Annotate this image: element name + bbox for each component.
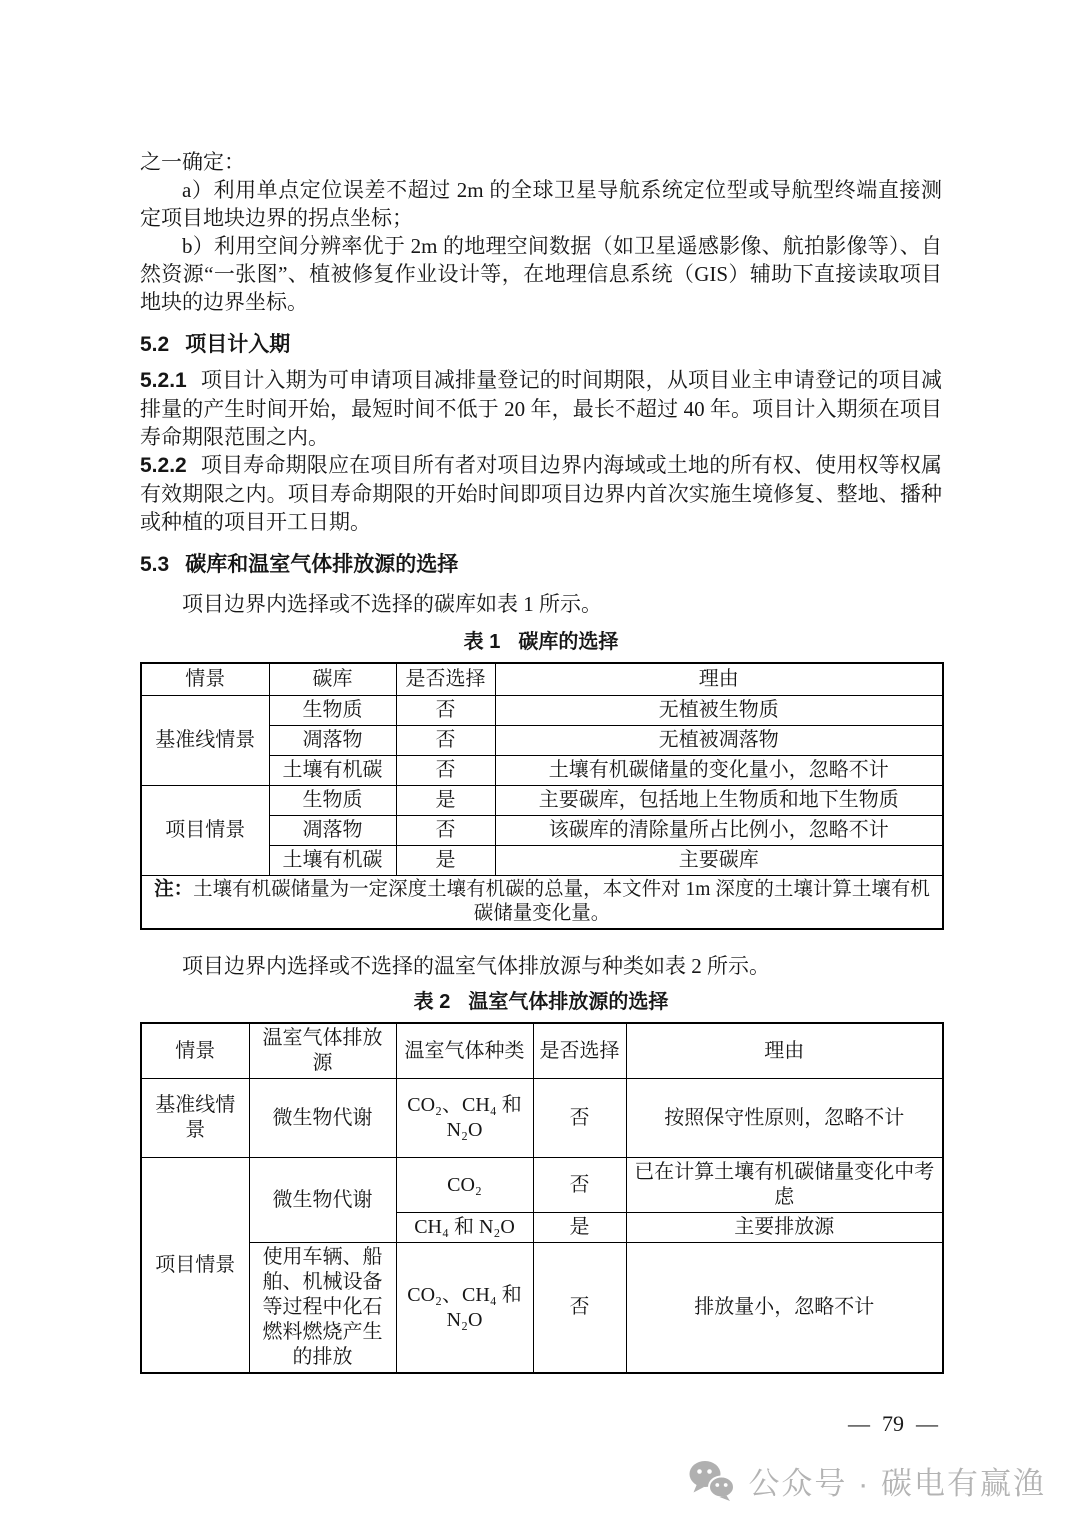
table-header-row: 情景 碳库 是否选择 理由 xyxy=(141,663,943,695)
header-cell-gas-type: 温室气体种类 xyxy=(396,1023,533,1079)
reason-cell: 按照保守性原则，忽略不计 xyxy=(626,1079,943,1158)
table-2-intro-paragraph: 项目边界内选择或不选择的温室气体排放源与种类如表 2 所示。 xyxy=(140,952,942,980)
reason-cell: 无植被生物质 xyxy=(495,695,943,725)
selected-cell: 是 xyxy=(396,785,495,815)
selected-cell: 否 xyxy=(533,1158,626,1213)
table-row: 使用车辆、船舶、机械设备等过程中化石燃料燃烧产生的排放 CO₂、CH₄ 和 N₂… xyxy=(141,1243,943,1374)
selected-cell: 否 xyxy=(396,695,495,725)
table-row: 基准线情景 生物质 否 无植被生物质 xyxy=(141,695,943,725)
page-number: 79 xyxy=(882,1412,904,1436)
table-1-carbon-pool-selection: 情景 碳库 是否选择 理由 基准线情景 生物质 否 无植被生物质 凋落物 否 无… xyxy=(140,662,944,930)
table-2-caption: 表 2温室气体排放源的选择 xyxy=(140,988,942,1016)
table-2-ghg-source-selection: 情景 温室气体排放源 温室气体种类 是否选择 理由 基准线情景 微生物代谢 CO… xyxy=(140,1022,944,1374)
section-heading-5-2: 5.2项目计入期 xyxy=(140,330,942,360)
pool-cell: 凋落物 xyxy=(269,815,396,845)
reason-cell: 该碳库的清除量所占比例小，忽略不计 xyxy=(495,815,943,845)
source-cell: 微生物代谢 xyxy=(249,1158,396,1243)
table-header-row: 情景 温室气体排放源 温室气体种类 是否选择 理由 xyxy=(141,1023,943,1079)
list-item-b: b）利用空间分辨率优于 2m 的地理空间数据（如卫星遥感影像、航拍影像等）、自然… xyxy=(140,232,942,316)
document-page: 之一确定： a）利用单点定位误差不超过 2m 的全球卫星导航系统定位型或导航型终… xyxy=(0,0,1080,1528)
reason-cell: 主要碳库 xyxy=(495,845,943,875)
section-heading-5-3: 5.3碳库和温室气体排放源的选择 xyxy=(140,550,942,580)
selected-cell: 否 xyxy=(396,725,495,755)
page-footer: — 79 — xyxy=(848,1412,938,1436)
wechat-icon xyxy=(688,1459,736,1503)
pool-cell: 生物质 xyxy=(269,695,396,725)
reason-cell: 排放量小，忽略不计 xyxy=(626,1243,943,1374)
selected-cell: 否 xyxy=(533,1079,626,1158)
table-row: 基准线情景 微生物代谢 CO₂、CH₄ 和 N₂O 否 按照保守性原则，忽略不计 xyxy=(141,1079,943,1158)
header-cell-selected: 是否选择 xyxy=(533,1023,626,1079)
table-row: 项目情景 生物质 是 主要碳库，包括地上生物质和地下生物质 xyxy=(141,785,943,815)
note-cell: 注：土壤有机碳储量为一定深度土壤有机碳的总量，本文件对 1m 深度的土壤计算土壤… xyxy=(141,875,943,929)
selected-cell: 否 xyxy=(396,815,495,845)
header-cell-source: 温室气体排放源 xyxy=(249,1023,396,1079)
selected-cell: 否 xyxy=(533,1243,626,1374)
wechat-watermark: 公众号 · 碳电有赢渔 xyxy=(688,1458,1046,1503)
watermark-text: 公众号 · 碳电有赢渔 xyxy=(748,1458,1046,1503)
clause-text: 项目寿命期限应在项目所有者对项目边界内海域或土地的所有权、使用权等权属有效期限之… xyxy=(140,453,942,534)
gas-cell: CO₂、CH₄ 和 N₂O xyxy=(396,1243,533,1374)
intro-continuation-line: 之一确定： xyxy=(140,148,942,176)
section-title: 项目计入期 xyxy=(185,333,290,356)
source-cell: 使用车辆、船舶、机械设备等过程中化石燃料燃烧产生的排放 xyxy=(249,1243,396,1374)
list-item-a: a）利用单点定位误差不超过 2m 的全球卫星导航系统定位型或导航型终端直接测定项… xyxy=(140,176,942,232)
header-cell-pool: 碳库 xyxy=(269,663,396,695)
clause-text: 项目计入期为可申请项目减排量登记的时间期限，从项目业主申请登记的项目减排量的产生… xyxy=(140,368,942,449)
reason-cell: 土壤有机碳储量的变化量小，忽略不计 xyxy=(495,755,943,785)
table-note-row: 注：土壤有机碳储量为一定深度土壤有机碳的总量，本文件对 1m 深度的土壤计算土壤… xyxy=(141,875,943,929)
scenario-cell: 基准线情景 xyxy=(141,1079,249,1158)
reason-cell: 主要排放源 xyxy=(626,1213,943,1243)
header-cell-selected: 是否选择 xyxy=(396,663,495,695)
reason-cell: 无植被凋落物 xyxy=(495,725,943,755)
header-cell-scenario: 情景 xyxy=(141,663,269,695)
section-title: 碳库和温室气体排放源的选择 xyxy=(185,553,458,576)
page-content: 之一确定： a）利用单点定位误差不超过 2m 的全球卫星导航系统定位型或导航型终… xyxy=(140,148,942,1374)
table-caption-label: 表 2 xyxy=(414,991,451,1013)
reason-cell: 已在计算土壤有机碳储量变化中考虑 xyxy=(626,1158,943,1213)
gas-cell: CO₂、CH₄ 和 N₂O xyxy=(396,1079,533,1158)
table-1-intro-paragraph: 项目边界内选择或不选择的碳库如表 1 所示。 xyxy=(140,590,942,618)
pool-cell: 生物质 xyxy=(269,785,396,815)
pool-cell: 土壤有机碳 xyxy=(269,755,396,785)
table-caption-title: 碳库的选择 xyxy=(518,631,618,653)
note-text: 土壤有机碳储量为一定深度土壤有机碳的总量，本文件对 1m 深度的土壤计算土壤有机… xyxy=(193,879,930,924)
selected-cell: 是 xyxy=(533,1213,626,1243)
footer-dash-right: — xyxy=(916,1412,938,1436)
clause-number: 5.2.2 xyxy=(140,454,187,477)
clause-number: 5.2.1 xyxy=(140,369,187,392)
source-cell: 微生物代谢 xyxy=(249,1079,396,1158)
header-cell-reason: 理由 xyxy=(626,1023,943,1079)
table-row: 项目情景 微生物代谢 CO₂ 否 已在计算土壤有机碳储量变化中考虑 xyxy=(141,1158,943,1213)
selected-cell: 否 xyxy=(396,755,495,785)
scenario-cell: 项目情景 xyxy=(141,785,269,875)
table-caption-title: 温室气体排放源的选择 xyxy=(468,991,668,1013)
gas-cell: CH₄ 和 N₂O xyxy=(396,1213,533,1243)
selected-cell: 是 xyxy=(396,845,495,875)
section-number: 5.2 xyxy=(140,333,169,356)
scenario-cell: 基准线情景 xyxy=(141,695,269,785)
table-caption-label: 表 1 xyxy=(464,631,501,653)
footer-dash-left: — xyxy=(848,1412,870,1436)
pool-cell: 凋落物 xyxy=(269,725,396,755)
scenario-cell: 项目情景 xyxy=(141,1158,249,1374)
clause-5-2-1: 5.2.1项目计入期为可申请项目减排量登记的时间期限，从项目业主申请登记的项目减… xyxy=(140,366,942,451)
clause-5-2-2: 5.2.2项目寿命期限应在项目所有者对项目边界内海域或土地的所有权、使用权等权属… xyxy=(140,451,942,536)
section-number: 5.3 xyxy=(140,553,169,576)
table-1-caption: 表 1碳库的选择 xyxy=(140,628,942,656)
reason-cell: 主要碳库，包括地上生物质和地下生物质 xyxy=(495,785,943,815)
gas-cell: CO₂ xyxy=(396,1158,533,1213)
note-label: 注： xyxy=(154,879,193,900)
header-cell-reason: 理由 xyxy=(495,663,943,695)
pool-cell: 土壤有机碳 xyxy=(269,845,396,875)
header-cell-scenario: 情景 xyxy=(141,1023,249,1079)
